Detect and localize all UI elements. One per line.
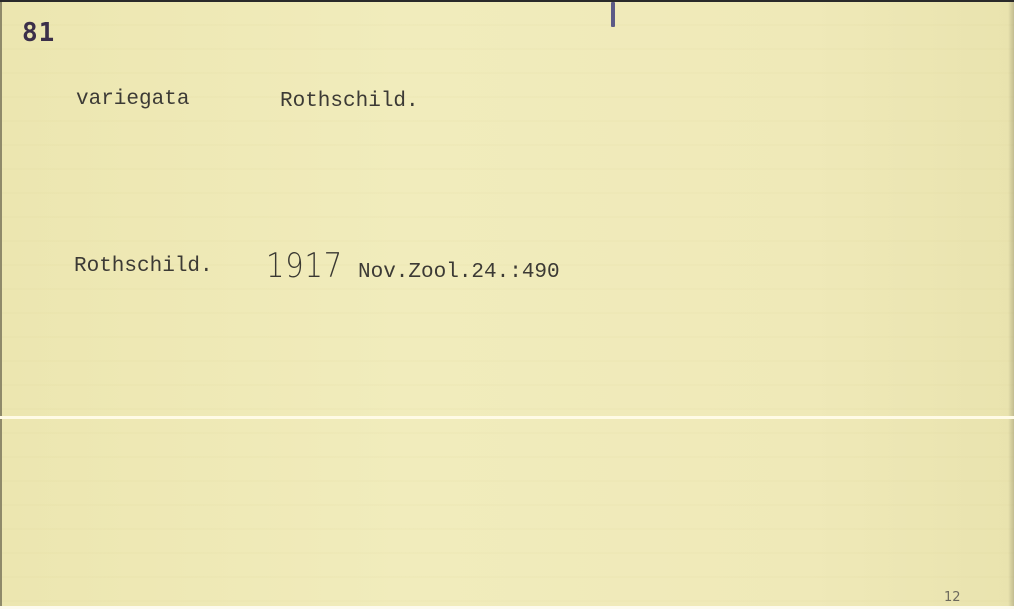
taxon-name: variegata	[76, 88, 189, 111]
card-tab-mark	[611, 2, 615, 27]
card-number: 81	[22, 18, 55, 48]
scan-artifact-line	[0, 416, 1014, 419]
reference-citation: Nov.Zool.24.:490	[358, 261, 560, 284]
corner-annotation: 12	[944, 590, 961, 605]
taxon-author: Rothschild.	[280, 90, 419, 113]
reference-year: 1917	[266, 246, 343, 286]
reference-author: Rothschild.	[74, 255, 213, 278]
index-card: 81 variegata Rothschild. Rothschild. 191…	[0, 2, 1014, 606]
